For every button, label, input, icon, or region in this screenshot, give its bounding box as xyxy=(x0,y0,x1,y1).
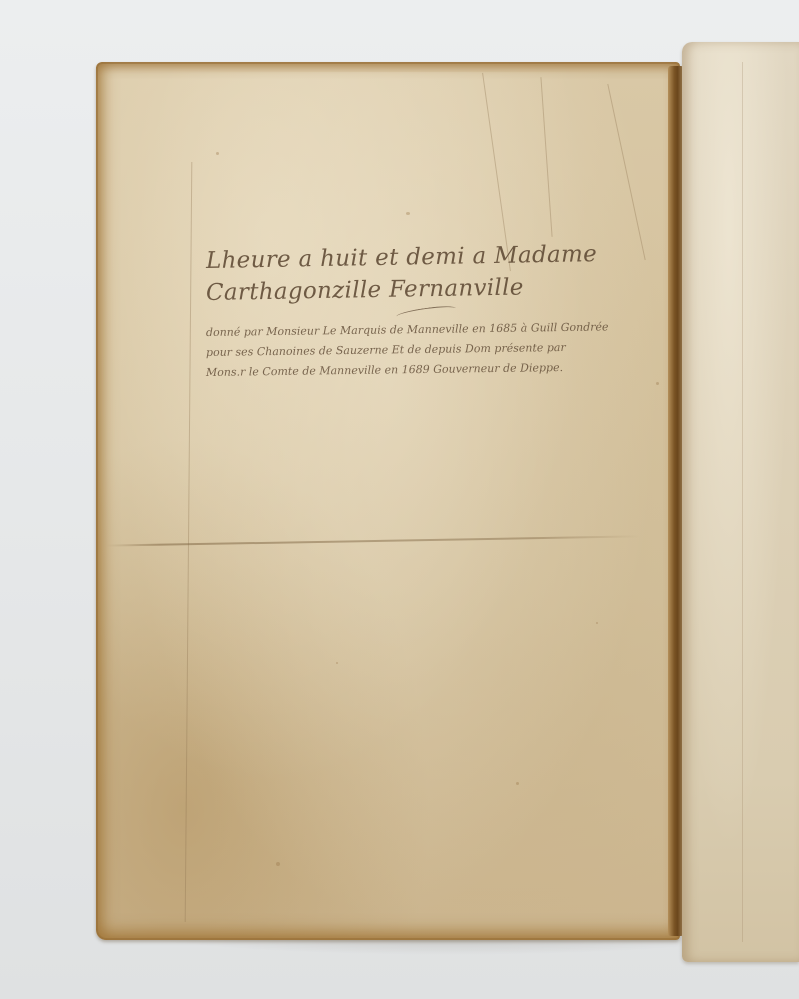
foxing-spot xyxy=(596,622,598,624)
page-crease xyxy=(742,62,743,942)
foxing-spot xyxy=(406,212,410,215)
left-page-inside-cover xyxy=(96,62,680,940)
foxing-spot xyxy=(216,152,219,155)
pen-flourish xyxy=(396,304,457,321)
photo-scene: Lheure a huit et demi a Madame Carthagon… xyxy=(0,0,799,999)
foxing-spot xyxy=(516,782,519,785)
right-page-flyleaf xyxy=(682,42,799,962)
handwritten-inscription: Lheure a huit et demi a Madame Carthagon… xyxy=(206,246,666,383)
foxing-spot xyxy=(336,662,338,664)
pastedown-sheet xyxy=(118,72,662,924)
foxing-spot xyxy=(276,862,280,866)
inscription-title-line-2: Carthagonzille Fernanville xyxy=(206,270,666,308)
